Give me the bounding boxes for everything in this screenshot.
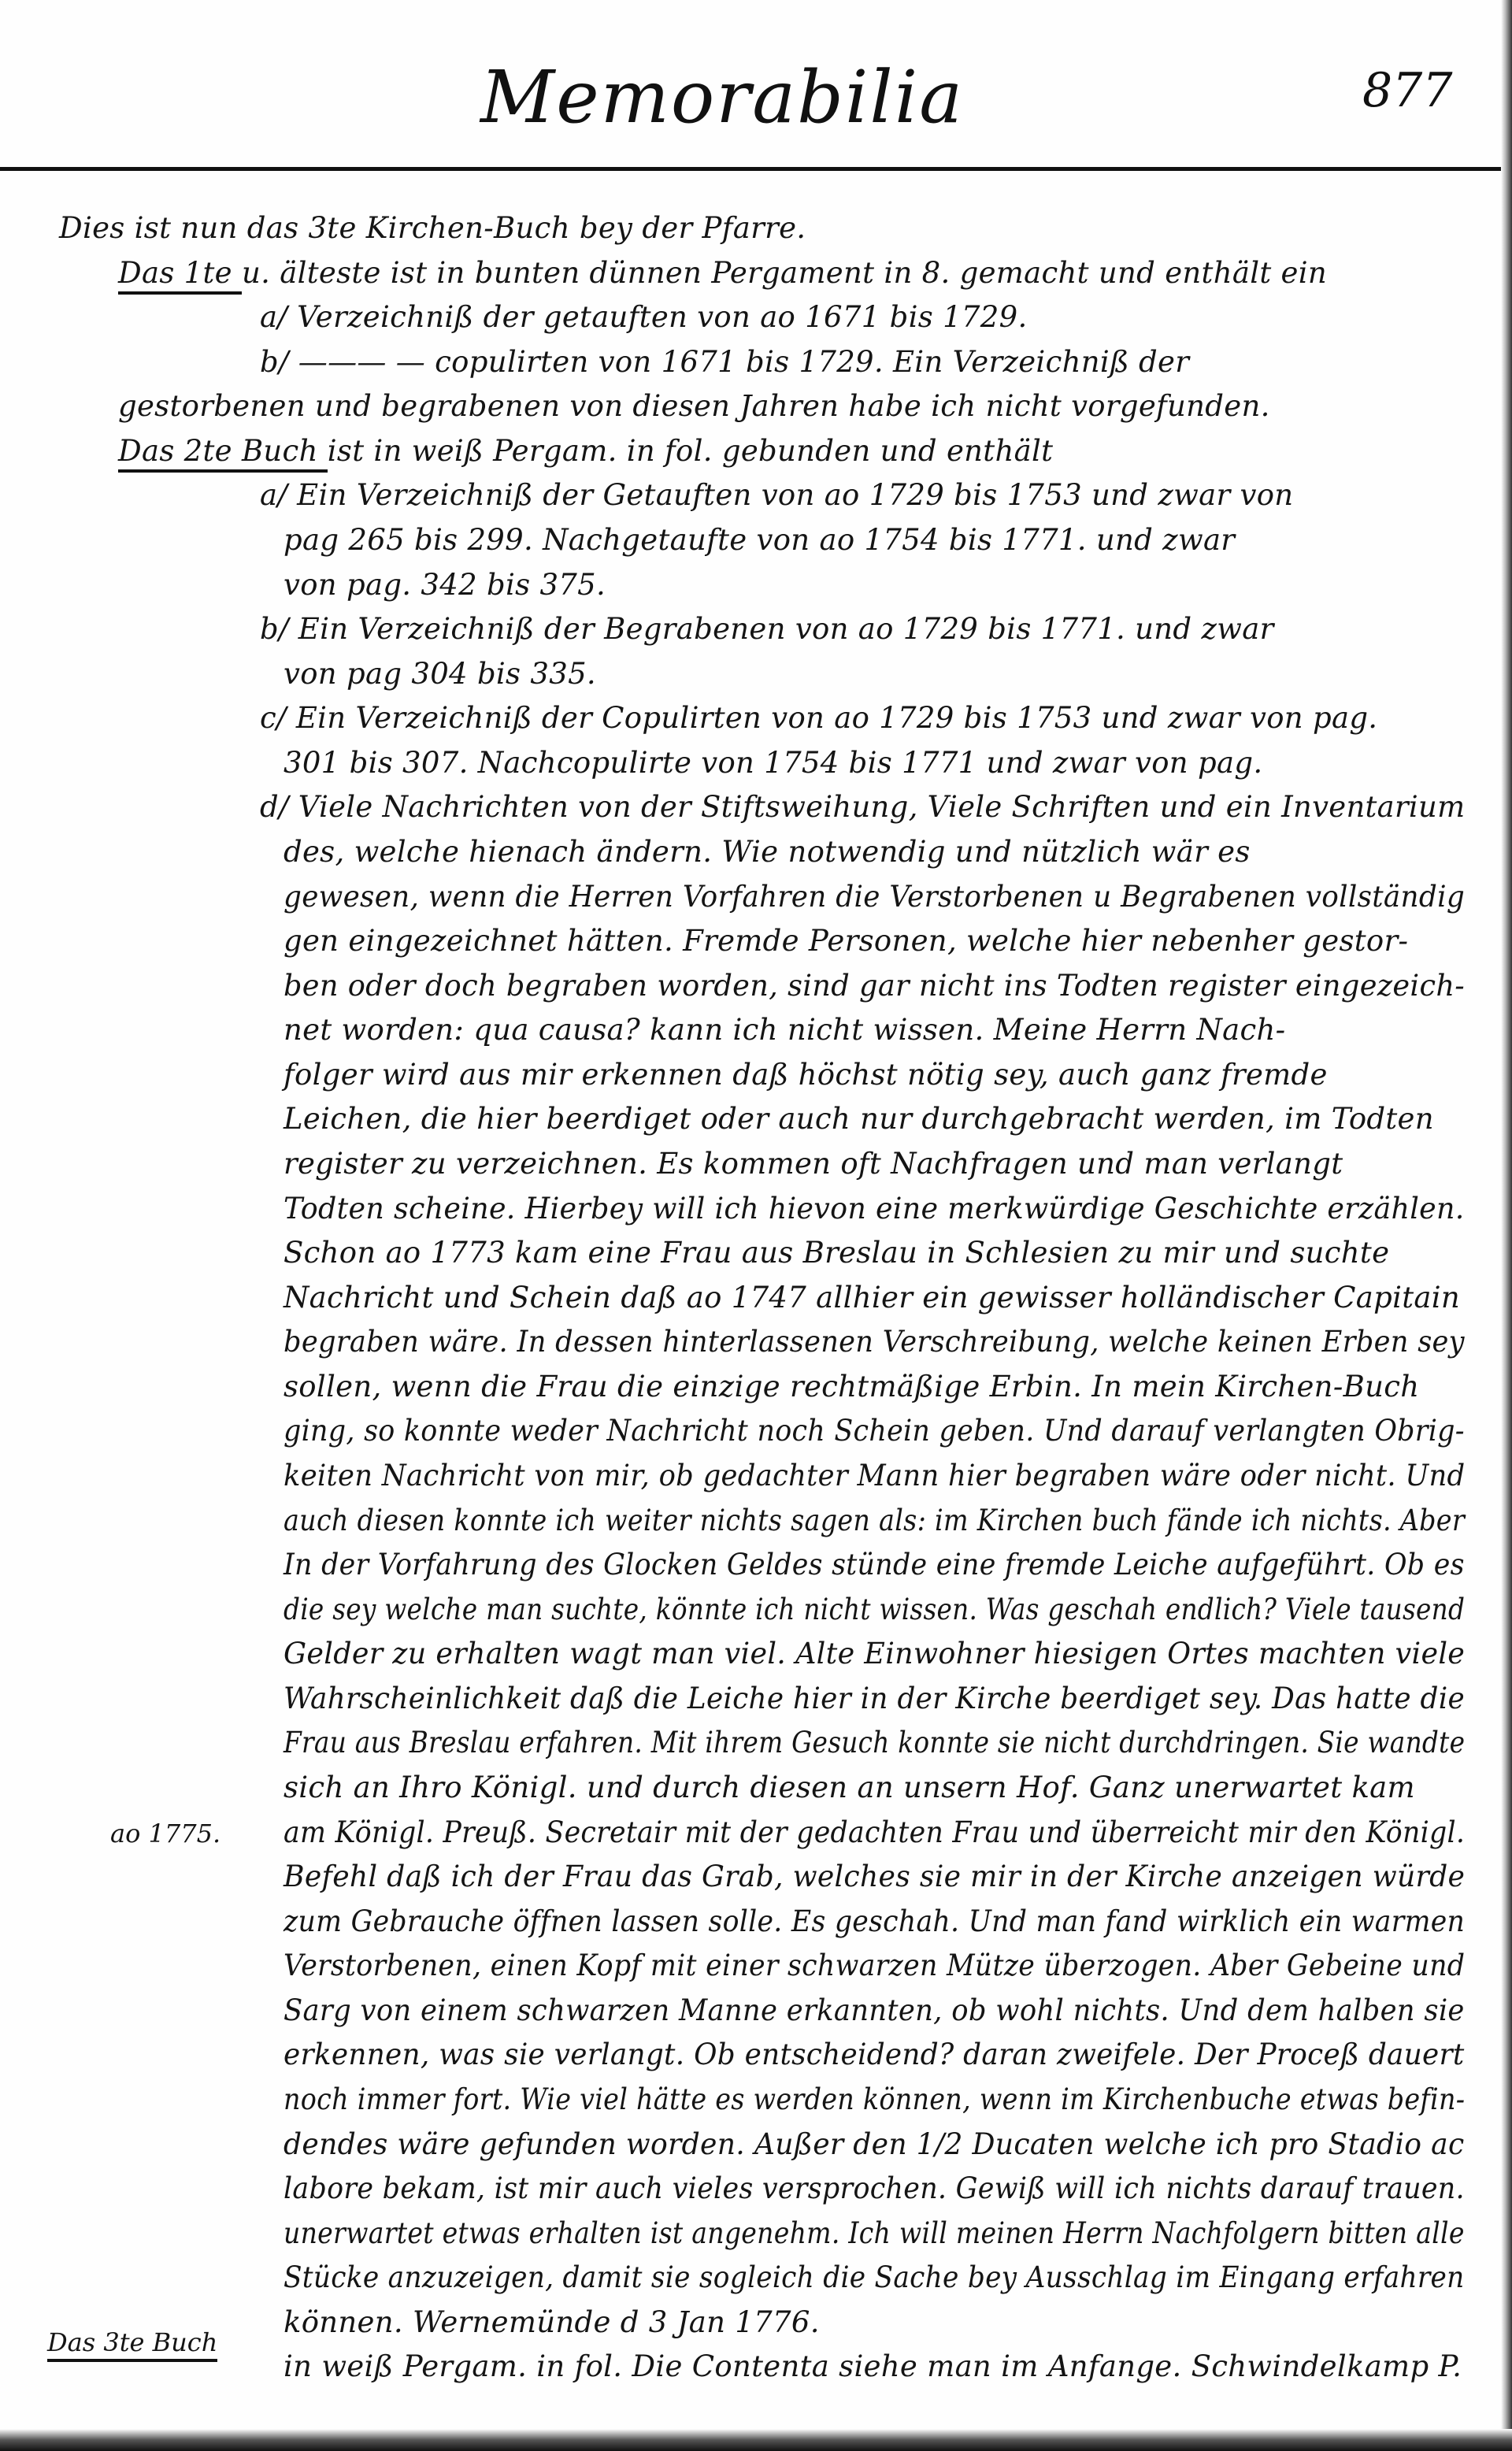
- line-text: des, welche hienach ändern. Wie notwendi…: [283, 835, 1251, 869]
- line-text: am Königl. Preuß. Secretair mit der geda…: [283, 1815, 1465, 1849]
- manuscript-line: können. Wernemünde d 3 Jan 1776.: [283, 2305, 820, 2339]
- line-text: Todten scheine. Hierbey will ich hievon …: [283, 1192, 1465, 1225]
- line-text: a/ Ein Verzeichniß der Getauften von ao …: [260, 478, 1293, 512]
- line-text: begraben wäre. In dessen hinterlassenen …: [283, 1325, 1465, 1359]
- line-text: Verstorbenen, einen Kopf mit einer schwa…: [283, 1949, 1465, 1982]
- manuscript-line: Dies ist nun das 3te Kirchen-Buch bey de…: [59, 211, 806, 245]
- line-text: Stücke anzuzeigen, damit sie sogleich di…: [283, 2260, 1465, 2294]
- manuscript-line: gewesen, wenn die Herren Vorfahren die V…: [283, 880, 1465, 914]
- line-text: c/ Ein Verzeichniß der Copulirten von ao…: [260, 701, 1377, 735]
- line-text: net worden: qua causa? kann ich nicht wi…: [283, 1013, 1285, 1047]
- line-text: labore bekam, ist mir auch vieles verspr…: [283, 2171, 1465, 2205]
- manuscript-line: von pag. 342 bis 375.: [283, 568, 606, 602]
- line-text: ging, so konnte weder Nachricht noch Sch…: [283, 1414, 1465, 1448]
- manuscript-line: Verstorbenen, einen Kopf mit einer schwa…: [283, 1949, 1465, 1982]
- line-text: ist in weiß Pergam. in fol. gebunden und…: [328, 434, 1053, 468]
- header-rule: [0, 167, 1512, 171]
- manuscript-page: Memorabilia 877 Dies ist nun das 3te Kir…: [0, 0, 1512, 2451]
- manuscript-line: d/ Viele Nachrichten von der Stiftsweihu…: [260, 790, 1465, 824]
- line-text: gen eingezeichnet hätten. Fremde Persone…: [283, 924, 1408, 958]
- manuscript-line: sollen, wenn die Frau die einzige rechtm…: [283, 1370, 1419, 1403]
- line-text: von pag. 342 bis 375.: [283, 568, 606, 602]
- manuscript-line: unerwartet etwas erhalten ist angenehm. …: [283, 2216, 1465, 2250]
- manuscript-line: ging, so konnte weder Nachricht noch Sch…: [283, 1414, 1465, 1448]
- line-text: in weiß Pergam. in fol. Die Contenta sie…: [283, 2349, 1462, 2383]
- line-text: folger wird aus mir erkennen daß höchst …: [283, 1058, 1328, 1092]
- line-text: b/ ——— — copulirten von 1671 bis 1729. E…: [260, 345, 1189, 379]
- manuscript-line: b/ ——— — copulirten von 1671 bis 1729. E…: [260, 345, 1189, 379]
- manuscript-line: zum Gebrauche öffnen lassen solle. Es ge…: [283, 1904, 1465, 1938]
- manuscript-line: begraben wäre. In dessen hinterlassenen …: [283, 1325, 1465, 1359]
- manuscript-line: register zu verzeichnen. Es kommen oft N…: [283, 1147, 1343, 1181]
- line-text: 301 bis 307. Nachcopulirte von 1754 bis …: [283, 746, 1262, 780]
- section-label: Das 2te Buch: [118, 434, 328, 473]
- manuscript-line: labore bekam, ist mir auch vieles verspr…: [283, 2171, 1465, 2205]
- manuscript-line: net worden: qua causa? kann ich nicht wi…: [283, 1013, 1285, 1047]
- manuscript-line: am Königl. Preuß. Secretair mit der geda…: [283, 1815, 1465, 1849]
- manuscript-line: Nachricht und Schein daß ao 1747 allhier…: [283, 1281, 1460, 1314]
- manuscript-line: c/ Ein Verzeichniß der Copulirten von ao…: [260, 701, 1377, 735]
- manuscript-line: b/ Ein Verzeichniß der Begrabenen von ao…: [260, 612, 1274, 646]
- manuscript-line: in weiß Pergam. in fol. Die Contenta sie…: [283, 2349, 1462, 2383]
- section-label: Das 3te Buch: [47, 2327, 217, 2362]
- line-text: Wahrscheinlichkeit daß die Leiche hier i…: [283, 1682, 1465, 1715]
- manuscript-line: Sarg von einem schwarzen Manne erkannten…: [283, 1993, 1465, 2027]
- manuscript-line: 301 bis 307. Nachcopulirte von 1754 bis …: [283, 746, 1262, 780]
- manuscript-line: auch diesen konnte ich weiter nichts sag…: [283, 1504, 1465, 1537]
- line-text: a/ Verzeichniß der getauften von ao 1671…: [260, 300, 1028, 334]
- manuscript-line: erkennen, was sie verlangt. Ob entscheid…: [283, 2038, 1465, 2071]
- margin-note: ao 1775.: [110, 1819, 220, 1848]
- section-label: Das 1te: [118, 256, 242, 295]
- manuscript-line: Befehl daß ich der Frau das Grab, welche…: [283, 1860, 1465, 1893]
- manuscript-line: des, welche hienach ändern. Wie notwendi…: [283, 835, 1251, 869]
- manuscript-line: a/ Ein Verzeichniß der Getauften von ao …: [260, 478, 1293, 512]
- manuscript-line: noch immer fort. Wie viel hätte es werde…: [283, 2082, 1465, 2116]
- manuscript-line: Wahrscheinlichkeit daß die Leiche hier i…: [283, 1682, 1465, 1715]
- line-text: noch immer fort. Wie viel hätte es werde…: [283, 2082, 1465, 2116]
- line-text: zum Gebrauche öffnen lassen solle. Es ge…: [283, 1904, 1465, 1938]
- manuscript-line: Stücke anzuzeigen, damit sie sogleich di…: [283, 2260, 1465, 2294]
- line-text: sollen, wenn die Frau die einzige rechtm…: [283, 1370, 1419, 1403]
- manuscript-line: a/ Verzeichniß der getauften von ao 1671…: [260, 300, 1028, 334]
- page-title: Memorabilia: [480, 55, 964, 139]
- line-text: b/ Ein Verzeichniß der Begrabenen von ao…: [260, 612, 1274, 646]
- manuscript-line: dendes wäre gefunden worden. Außer den 1…: [283, 2127, 1465, 2161]
- manuscript-line: In der Vorfahrung des Glocken Geldes stü…: [283, 1548, 1465, 1581]
- manuscript-line: gen eingezeichnet hätten. Fremde Persone…: [283, 924, 1408, 958]
- line-text: erkennen, was sie verlangt. Ob entscheid…: [283, 2038, 1465, 2071]
- manuscript-line: gestorbenen und begrabenen von diesen Ja…: [118, 389, 1270, 423]
- line-text: die sey welche man suchte, könnte ich ni…: [283, 1593, 1465, 1626]
- manuscript-line: Das 2te Buch ist in weiß Pergam. in fol.…: [118, 434, 1053, 468]
- manuscript-line: ben oder doch begraben worden, sind gar …: [283, 969, 1465, 1003]
- line-text: pag 265 bis 299. Nachgetaufte von ao 175…: [283, 523, 1235, 557]
- manuscript-line: Leichen, die hier beerdiget oder auch nu…: [283, 1102, 1434, 1136]
- manuscript-line: keiten Nachricht von mir, ob gedachter M…: [283, 1459, 1465, 1492]
- line-text: auch diesen konnte ich weiter nichts sag…: [283, 1504, 1465, 1537]
- line-text: von pag 304 bis 335.: [283, 657, 596, 691]
- line-text: sich an Ihro Königl. und durch diesen an…: [283, 1771, 1415, 1804]
- line-text: Sarg von einem schwarzen Manne erkannten…: [283, 1993, 1465, 2027]
- line-text: register zu verzeichnen. Es kommen oft N…: [283, 1147, 1343, 1181]
- line-text: dendes wäre gefunden worden. Außer den 1…: [283, 2127, 1465, 2161]
- page-edge-right: [1501, 0, 1512, 2451]
- line-text: Nachricht und Schein daß ao 1747 allhier…: [283, 1281, 1460, 1314]
- manuscript-line: Das 1te u. älteste ist in bunten dünnen …: [118, 256, 1327, 290]
- manuscript-line: von pag 304 bis 335.: [283, 657, 596, 691]
- manuscript-line: Frau aus Breslau erfahren. Mit ihrem Ges…: [283, 1726, 1465, 1759]
- page-number: 877: [1362, 63, 1453, 118]
- line-text: unerwartet etwas erhalten ist angenehm. …: [283, 2216, 1465, 2250]
- line-text: ben oder doch begraben worden, sind gar …: [283, 969, 1465, 1003]
- manuscript-line: pag 265 bis 299. Nachgetaufte von ao 175…: [283, 523, 1235, 557]
- page-edge-bottom: [0, 2429, 1512, 2451]
- line-text: gewesen, wenn die Herren Vorfahren die V…: [283, 880, 1465, 914]
- line-text: u. älteste ist in bunten dünnen Pergamen…: [242, 256, 1327, 290]
- line-text: gestorbenen und begrabenen von diesen Ja…: [118, 389, 1270, 423]
- manuscript-line: folger wird aus mir erkennen daß höchst …: [283, 1058, 1328, 1092]
- manuscript-line: sich an Ihro Königl. und durch diesen an…: [283, 1771, 1415, 1804]
- manuscript-line: Schon ao 1773 kam eine Frau aus Breslau …: [283, 1236, 1389, 1270]
- line-text: In der Vorfahrung des Glocken Geldes stü…: [283, 1548, 1465, 1581]
- line-text: Leichen, die hier beerdiget oder auch nu…: [283, 1102, 1434, 1136]
- line-text: Schon ao 1773 kam eine Frau aus Breslau …: [283, 1236, 1389, 1270]
- manuscript-line: die sey welche man suchte, könnte ich ni…: [283, 1593, 1465, 1626]
- line-text: Befehl daß ich der Frau das Grab, welche…: [283, 1860, 1465, 1893]
- manuscript-line: Gelder zu erhalten wagt man viel. Alte E…: [283, 1637, 1465, 1670]
- line-text: keiten Nachricht von mir, ob gedachter M…: [283, 1459, 1465, 1492]
- line-text: Frau aus Breslau erfahren. Mit ihrem Ges…: [283, 1726, 1465, 1759]
- line-text: d/ Viele Nachrichten von der Stiftsweihu…: [260, 790, 1465, 824]
- manuscript-line: Todten scheine. Hierbey will ich hievon …: [283, 1192, 1465, 1225]
- line-text: können. Wernemünde d 3 Jan 1776.: [283, 2305, 820, 2339]
- line-text: Dies ist nun das 3te Kirchen-Buch bey de…: [59, 211, 806, 245]
- line-text: Gelder zu erhalten wagt man viel. Alte E…: [283, 1637, 1465, 1670]
